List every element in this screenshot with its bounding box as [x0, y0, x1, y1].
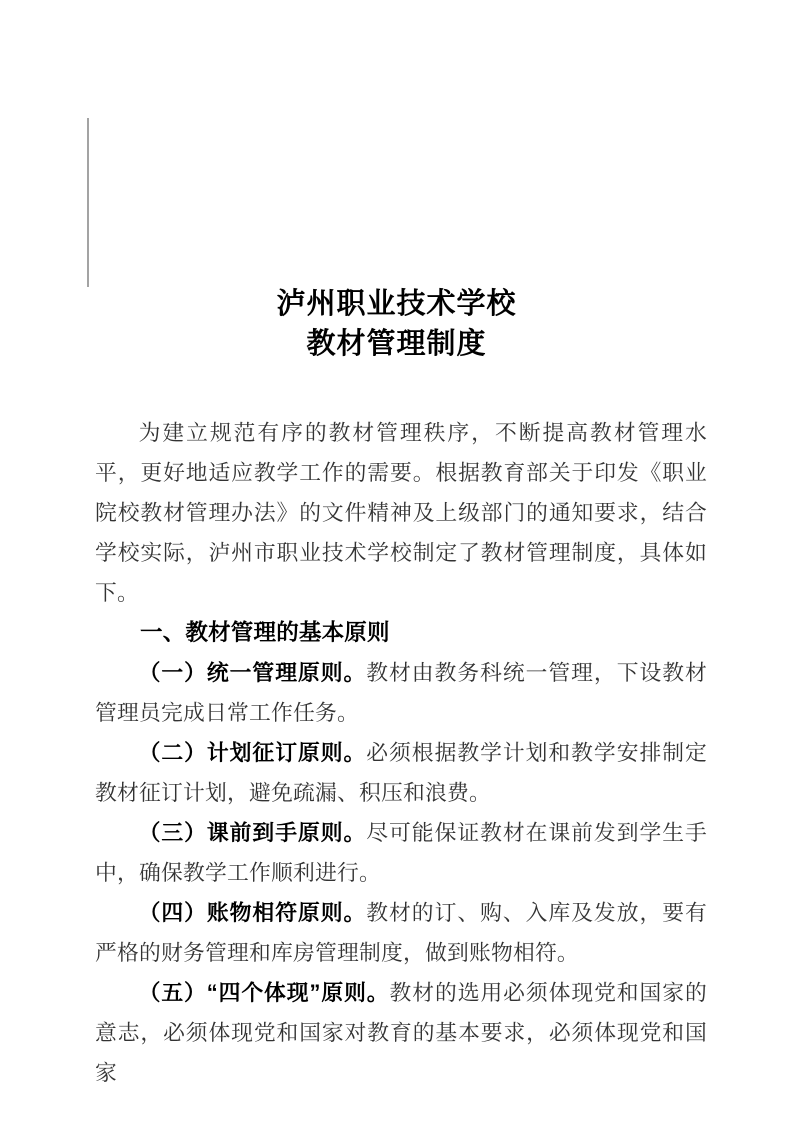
paragraph: （二）计划征订原则。必须根据教学计划和教学安排制定教材征订计划，避免疏漏、积压和…	[95, 733, 707, 813]
document-title: 泸州职业技术学校 教材管理制度	[0, 284, 793, 364]
bold-run: （四）账物相符原则。	[139, 900, 367, 925]
document-page: 泸州职业技术学校 教材管理制度 为建立规范有序的教材管理秩序，不断提高教材管理水…	[0, 0, 793, 1122]
document-body: 为建立规范有序的教材管理秩序，不断提高教材管理水平，更好地适应教学工作的需要。根…	[95, 413, 707, 1093]
bold-run: （二）计划征订原则。	[139, 740, 367, 765]
bold-run: （一）统一管理原则。	[139, 660, 367, 685]
bold-run: 一、教材管理的基本原则	[140, 620, 390, 645]
document-title-line-1: 泸州职业技术学校	[0, 284, 793, 324]
bold-run: （五）“四个体现”原则。	[139, 980, 390, 1005]
paragraph: （四）账物相符原则。教材的订、购、入库及发放，要有严格的财务管理和库房管理制度，…	[95, 893, 707, 973]
bold-run: （三）课前到手原则。	[139, 820, 367, 845]
document-title-line-2: 教材管理制度	[0, 324, 793, 364]
scan-edge-artifact	[87, 118, 89, 287]
paragraph: （三）课前到手原则。尽可能保证教材在课前发到学生手中，确保教学工作顺利进行。	[95, 813, 707, 893]
section-heading: 一、教材管理的基本原则	[95, 613, 707, 653]
paragraph: （五）“四个体现”原则。教材的选用必须体现党和国家的意志，必须体现党和国家对教育…	[95, 973, 707, 1093]
paragraph: （一）统一管理原则。教材由教务科统一管理，下设教材管理员完成日常工作任务。	[95, 653, 707, 733]
paragraph: 为建立规范有序的教材管理秩序，不断提高教材管理水平，更好地适应教学工作的需要。根…	[95, 413, 707, 613]
text-run: 为建立规范有序的教材管理秩序，不断提高教材管理水平，更好地适应教学工作的需要。根…	[95, 421, 707, 605]
